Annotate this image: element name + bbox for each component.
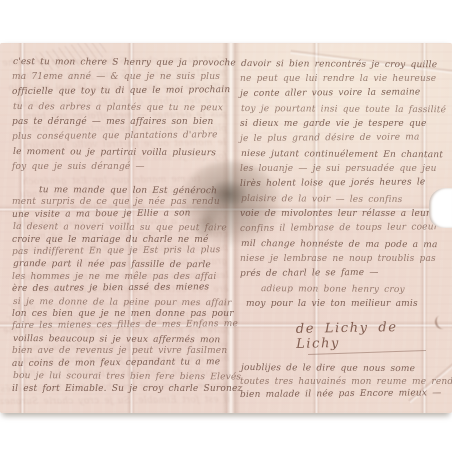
text-line: bou je lui scourai tres bien fere biens … <box>13 370 229 384</box>
right-body: davoir si bien rencontrés je croy quille… <box>240 57 446 312</box>
torn-notch <box>429 188 452 228</box>
text-line: si je me donne de la peine pour mes affa… <box>13 296 229 310</box>
text-line: moy pour la vie ton meilieur amis <box>240 297 446 312</box>
text-line: voillas beaucoup si je veux affermés mon <box>13 333 229 347</box>
text-line: une visite a ma boue je Ellie a son <box>12 207 228 221</box>
text-line: il est fort Eimable. Su je croy charle S… <box>12 383 228 395</box>
text-line: je conte aller vous voire la semaine <box>240 85 446 102</box>
text-line: faire les mienes ces filles de mes Enfan… <box>12 319 228 333</box>
text-line: davoir si bien rencontrés je croy quille <box>241 57 447 73</box>
text-line: confins il lembrase de toups leur coeur <box>240 220 446 237</box>
text-line: plus conséquente que plantations d'arbre <box>12 128 228 145</box>
text-line: lirès holent loise que jorés heures le <box>240 175 446 192</box>
right-page: davoir si bien rencontrés je croy quille… <box>240 57 446 403</box>
text-line: le moment ou je partirai voilla plusieur… <box>13 145 229 161</box>
signature: de Lichy de Lichy <box>240 319 446 353</box>
text-line: tu a des arbres a plantés que tu ne peux <box>13 100 229 116</box>
left-paragraph-1: c'est tu mon chere S henry que ja provoc… <box>12 55 228 175</box>
left-paragraph-2: tu me mande que lon Est générochment sur… <box>12 184 228 395</box>
text-line: mil change honnéste de ma pode a ma <box>241 237 447 253</box>
text-line: bien malade il née pas Encore mieux — <box>240 387 446 402</box>
text-line: je le plus grand désire de voire ma <box>240 130 446 147</box>
text-line: prés de charl le se fame — <box>240 265 446 282</box>
text-line: toy je pourtant insi que toute la fassil… <box>241 102 447 118</box>
text-line: c'est tu mon chere S henry que ja provoc… <box>13 55 229 71</box>
scan-background: c'est tu mon chere S henry que ja provoc… <box>0 0 452 452</box>
text-line: grande part il née pas fassille de parle <box>13 258 229 272</box>
letter-paper: c'est tu mon chere S henry que ja provoc… <box>0 43 452 413</box>
text-line: adieup mon bone henry croy <box>241 282 447 298</box>
text-line: niese jutant continuélement En chantant <box>241 147 447 163</box>
left-page: c'est tu mon chere S henry que ja provoc… <box>12 55 228 395</box>
text-line: tu me mande que lon Est généroch <box>13 184 229 198</box>
text-line: au coins de mon feux cepandant tu a me <box>12 356 228 370</box>
text-line: officielle que toy tu di que le moi proc… <box>12 83 228 100</box>
text-line: pas indifferent En que je Est pris la pl… <box>12 244 228 258</box>
text-line: plaisire de la voir — les confins <box>241 192 447 208</box>
text-line: la desent a noveri voilla su que peut fa… <box>13 221 229 235</box>
text-line: joublijes de le dire que nous some <box>241 362 447 377</box>
text-line: foy que je suis dérangé — <box>12 160 228 175</box>
postscript: joublijes de le dire que nous sometoutes… <box>240 362 446 403</box>
text-line: ère des autres je bien assé des mienes <box>12 281 228 295</box>
